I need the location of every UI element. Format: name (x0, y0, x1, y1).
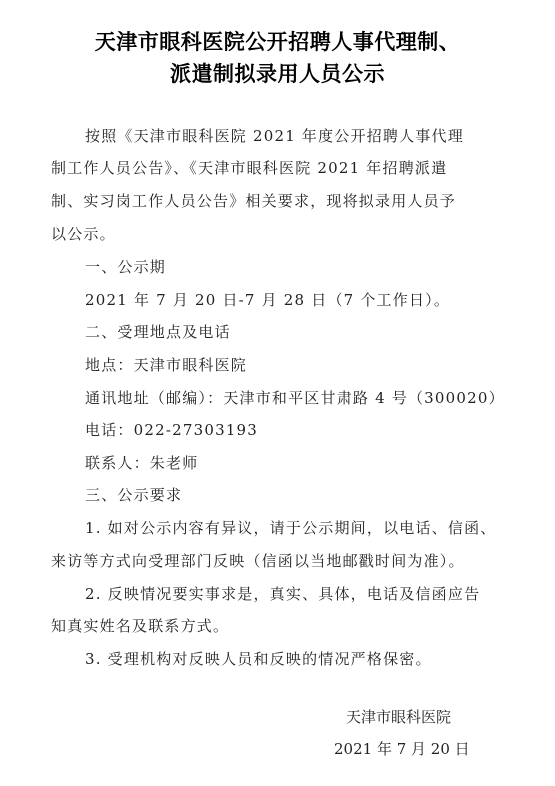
section1-heading: 一、公示期 (85, 256, 166, 277)
section3-item2-line1: 2. 反映情况要实事求是，真实、具体，电话及信函应告 (85, 583, 480, 604)
intro-line3: 制、实习岗工作人员公告》相关要求，现将拟录用人员予 (51, 190, 456, 211)
signature-date: 2021 年 7 月 20 日 (334, 738, 470, 759)
intro-line4: 以公示。 (51, 223, 116, 244)
document-title-line1: 天津市眼科医院公开招聘人事代理制、 (0, 26, 555, 56)
section3-item1-line1: 1. 如对公示内容有异议，请于公示期间，以电话、信函、 (85, 517, 496, 538)
section2-location: 地点：天津市眼科医院 (85, 354, 247, 375)
section2-phone: 电话：022-27303193 (85, 419, 258, 440)
section2-heading: 二、受理地点及电话 (85, 321, 231, 342)
intro-line2: 制工作人员公告》、《天津市眼科医院 2021 年招聘派遣 (51, 157, 447, 178)
section3-item3: 3. 受理机构对反映人员和反映的情况严格保密。 (85, 648, 432, 669)
section2-contact: 联系人：朱老师 (85, 452, 198, 473)
section3-item2-line2: 知真实姓名及联系方式。 (51, 615, 229, 636)
section1-period: 2021 年 7 月 20 日-7 月 28 日（7 个工作日）。 (85, 289, 450, 310)
intro-line1: 按照《天津市眼科医院 2021 年度公开招聘人事代理 (85, 125, 464, 146)
section2-address: 通讯地址（邮编）：天津市和平区甘肃路 4 号（300020） (85, 387, 505, 408)
section3-heading: 三、公示要求 (85, 484, 182, 505)
document-title-line2: 派遣制拟录用人员公示 (0, 58, 555, 88)
section3-item1-line2: 来访等方式向受理部门反映（信函以当地邮戳时间为准）。 (51, 550, 465, 571)
signature-org: 天津市眼科医院 (346, 706, 451, 727)
